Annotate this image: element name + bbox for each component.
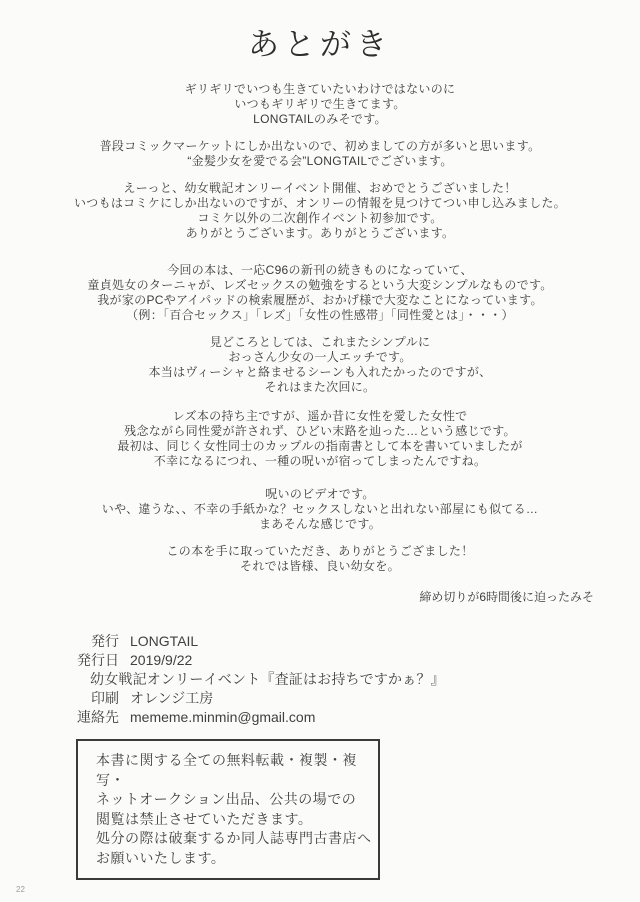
text-line: 残念ながら同性愛が許されず、ひどい末路を辿った…という感じです。	[0, 424, 640, 439]
text-line: まあそんな感じです。	[0, 517, 640, 532]
text-line: 童貞処女のターニャが、レズセックスの勉強をするという大変シンプルなものです。	[0, 278, 640, 293]
page-number: 22	[16, 885, 25, 894]
paragraph: レズ本の持ち主ですが、遥か昔に女性を愛した女性で残念ながら同性愛が許されず、ひど…	[0, 409, 640, 469]
colophon-row-event: 幼女戦記オンリーイベント『査証はお持ちですかぁ？』	[75, 670, 640, 689]
text-line: いつもギリギリで生きてます。	[0, 97, 640, 112]
afterword-body: ギリギリでいつも生きていたいわけではないのにいつもギリギリで生きてます。LONG…	[0, 82, 640, 574]
text-line: 本書に関する全ての無料転載・複製・複写・	[96, 751, 378, 790]
text-line: （例：「百合セックス」「レズ」「女性の性感帯」「同性愛とは」・・・）	[0, 308, 640, 323]
reprint-prohibition-notice: 本書に関する全ての無料転載・複製・複写・ネットオークション出品、公共の場での閲覧…	[76, 739, 380, 880]
text-line: おっさん少女の一人エッチです。	[0, 350, 640, 365]
text-line: 呪いのビデオです。	[0, 487, 640, 502]
colophon-row-printer: 印刷 オレンジ工房	[75, 689, 640, 708]
text-line: 本当はヴィーシャと絡ませるシーンも入れたかったのですが、	[0, 365, 640, 380]
paragraph: ギリギリでいつも生きていたいわけではないのにいつもギリギリで生きてます。LONG…	[0, 82, 640, 127]
paragraph: えーっと、幼女戦記オンリーイベント開催、おめでとうございました！いつもはコミケに…	[0, 181, 640, 241]
text-line: 見どころとしては、これまたシンプルに	[0, 335, 640, 350]
text-line: 処分の際は破棄するか同人誌専門古書店へ	[96, 829, 378, 849]
text-line: いや、違うな、、不幸の手紙かな？セックスしないと出れない部屋にも似てる…	[0, 502, 640, 517]
text-line: 我が家のPCやアイパッドの検索履歴が、おかげ様で大変なことになっています。	[0, 293, 640, 308]
colophon-value: オレンジ工房	[130, 689, 213, 708]
text-line: “金髪少女を愛でる会”LONGTAILでございます。	[0, 154, 640, 169]
colophon-value: 2019/9/22	[130, 651, 192, 670]
text-line: 普段コミックマーケットにしか出ないので、初めましての方が多いと思います。	[0, 139, 640, 154]
text-line: お願いいたします。	[96, 849, 378, 869]
paragraph: 普段コミックマーケットにしか出ないので、初めましての方が多いと思います。“金髪少…	[0, 139, 640, 169]
page-title: あとがき	[0, 0, 640, 63]
text-line: レズ本の持ち主ですが、遥か昔に女性を愛した女性で	[0, 409, 640, 424]
paragraph: 呪いのビデオです。いや、違うな、、不幸の手紙かな？セックスしないと出れない部屋に…	[0, 487, 640, 532]
colophon-email: mememe.minmin@gmail.com	[130, 708, 315, 727]
text-line: ギリギリでいつも生きていたいわけではないのに	[0, 82, 640, 97]
text-line: 閲覧は禁止させていただきます。	[96, 810, 378, 830]
text-line: LONGTAILのみそです。	[0, 112, 640, 127]
colophon-row-publisher: 発行 LONGTAIL	[75, 632, 640, 651]
text-line: えーっと、幼女戦記オンリーイベント開催、おめでとうございました！	[0, 181, 640, 196]
colophon-label: 連絡先	[75, 708, 119, 727]
text-line: ありがとうございます。ありがとうございます。	[0, 226, 640, 241]
colophon-value: LONGTAIL	[130, 632, 198, 651]
signoff-line: 締め切りが6時間後に迫ったみそ	[0, 590, 640, 605]
colophon-label: 発行	[75, 632, 119, 651]
text-line: 今回の本は、一応C96の新刊の続きものになっていて、	[0, 263, 640, 278]
paragraph: この本を手に取っていただき、ありがとうござました！それでは皆様、良い幼女を。	[0, 544, 640, 574]
colophon-label: 印刷	[75, 689, 119, 708]
text-line: それはまた次回に。	[0, 380, 640, 395]
colophon: 発行 LONGTAIL 発行日 2019/9/22 幼女戦記オンリーイベント『査…	[75, 632, 640, 727]
colophon-label: 発行日	[75, 651, 119, 670]
text-line: 不幸になるにつれ、一種の呪いが宿ってしまったんですね。	[0, 454, 640, 469]
text-line: 最初は、同じく女性同士のカップルの指南書として本を書いていましたが	[0, 439, 640, 454]
paragraph: 今回の本は、一応C96の新刊の続きものになっていて、童貞処女のターニャが、レズセ…	[0, 263, 640, 323]
colophon-value: 幼女戦記オンリーイベント『査証はお持ちですかぁ？』	[90, 670, 445, 689]
colophon-row-contact: 連絡先 mememe.minmin@gmail.com	[75, 708, 640, 727]
text-line: コミケ以外の二次創作イベント初参加です。	[0, 211, 640, 226]
colophon-row-date: 発行日 2019/9/22	[75, 651, 640, 670]
afterword-page: あとがき ギリギリでいつも生きていたいわけではないのにいつもギリギリで生きてます…	[0, 0, 640, 902]
text-line: いつもはコミケにしか出ないのですが、オンリーの情報を見つけてつい申し込みました。	[0, 196, 640, 211]
text-line: それでは皆様、良い幼女を。	[0, 559, 640, 574]
paragraph: 見どころとしては、これまたシンプルにおっさん少女の一人エッチです。本当はヴィーシ…	[0, 335, 640, 395]
text-line: ネットオークション出品、公共の場での	[96, 790, 378, 810]
text-line: この本を手に取っていただき、ありがとうござました！	[0, 544, 640, 559]
